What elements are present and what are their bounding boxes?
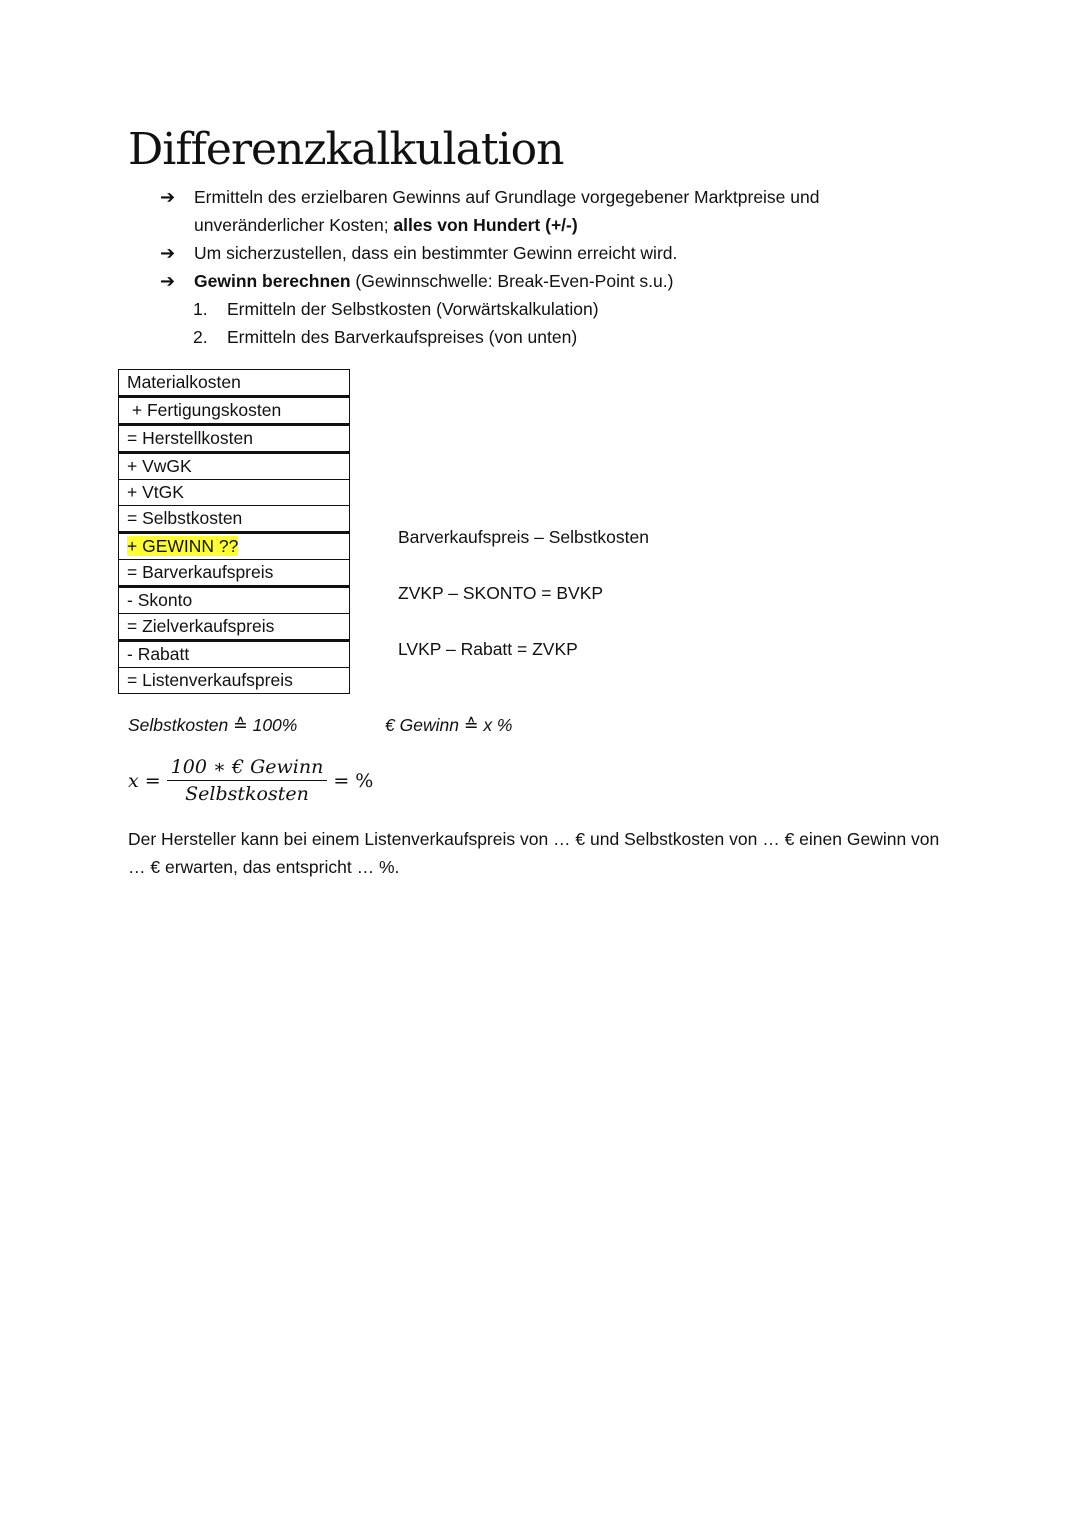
- side-note: LVKP – Rabatt = ZVKP: [398, 639, 578, 660]
- formula-denominator: Selbstkosten: [181, 781, 313, 805]
- bullet-list: ➔ Ermitteln des erzielbaren Gewinns auf …: [160, 183, 920, 295]
- arrow-right-icon: ➔: [160, 183, 175, 211]
- table-row: Materialkosten: [119, 370, 349, 398]
- step-item: 1.Ermitteln der Selbstkosten (Vorwärtska…: [193, 295, 599, 323]
- bullet-bold-text: Gewinn berechnen: [194, 271, 351, 291]
- page-title: Differenzkalkulation: [128, 128, 563, 172]
- step-text: Ermitteln der Selbstkosten (Vorwärtskalk…: [227, 299, 599, 319]
- table-row: + VwGK: [119, 454, 349, 480]
- side-note: ZVKP – SKONTO = BVKP: [398, 583, 603, 604]
- steps-list: 1.Ermitteln der Selbstkosten (Vorwärtska…: [193, 295, 599, 351]
- percentage-formula: x = 100 ∗ € Gewinn Selbstkosten = %: [128, 756, 373, 805]
- formula-fraction: 100 ∗ € Gewinn Selbstkosten: [167, 756, 328, 805]
- table-row: - Rabatt: [119, 642, 349, 668]
- bullet-item: ➔ Um sicherzustellen, dass ein bestimmte…: [160, 239, 920, 267]
- calculation-scheme-table: Materialkosten + Fertigungskosten = Hers…: [118, 369, 350, 694]
- bullet-item: ➔ Gewinn berechnen (Gewinnschwelle: Brea…: [160, 267, 920, 295]
- step-text: Ermitteln des Barverkaufspreises (von un…: [227, 327, 577, 347]
- table-row: = Zielverkaufspreis: [119, 614, 349, 642]
- bullet-item: ➔ Ermitteln des erzielbaren Gewinns auf …: [160, 183, 920, 239]
- step-number: 2.: [193, 323, 227, 351]
- proportion-left: Selbstkosten ≙ 100%: [128, 715, 297, 736]
- arrow-right-icon: ➔: [160, 267, 175, 295]
- step-number: 1.: [193, 295, 227, 323]
- table-row: = Listenverkaufspreis: [119, 668, 349, 693]
- bullet-text: (Gewinnschwelle: Break-Even-Point s.u.): [351, 271, 674, 291]
- formula-numerator: 100 ∗ € Gewinn: [167, 756, 328, 781]
- proportion-right: € Gewinn ≙ x %: [385, 715, 513, 736]
- table-row: = Herstellkosten: [119, 426, 349, 454]
- table-row: + VtGK: [119, 480, 349, 506]
- table-row: + Fertigungskosten: [119, 398, 349, 426]
- step-item: 2.Ermitteln des Barverkaufspreises (von …: [193, 323, 599, 351]
- table-row: = Barverkaufspreis: [119, 560, 349, 588]
- conclusion-paragraph: Der Hersteller kann bei einem Listenverk…: [128, 825, 948, 881]
- bullet-text: Um sicherzustellen, dass ein bestimmter …: [194, 243, 677, 263]
- table-row-highlighted: + GEWINN ??: [119, 534, 349, 560]
- side-note: Barverkaufspreis – Selbstkosten: [398, 527, 649, 548]
- table-row: - Skonto: [119, 588, 349, 614]
- highlighted-text: + GEWINN ??: [127, 536, 238, 556]
- table-row: = Selbstkosten: [119, 506, 349, 534]
- arrow-right-icon: ➔: [160, 239, 175, 267]
- formula-rhs: = %: [333, 770, 373, 792]
- bullet-bold-text: alles von Hundert (+/-): [393, 215, 577, 235]
- formula-lhs: x =: [128, 770, 161, 792]
